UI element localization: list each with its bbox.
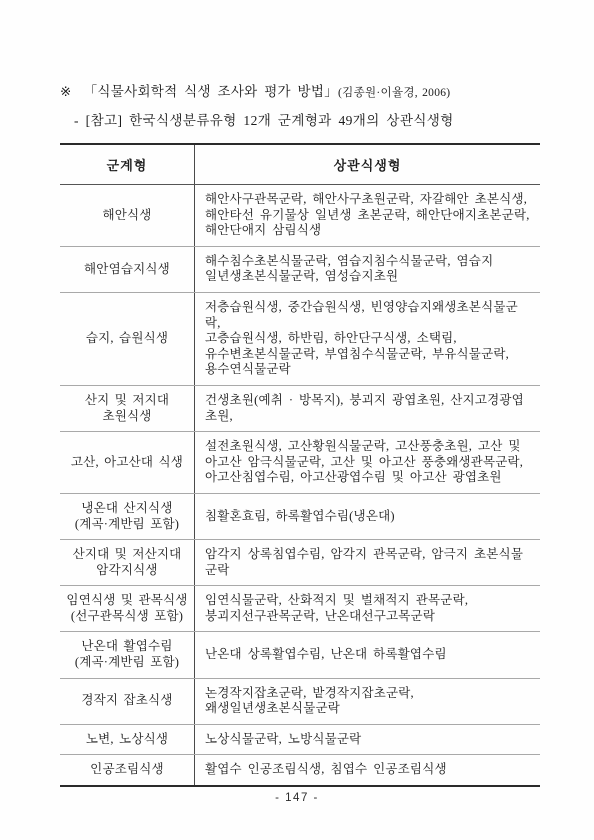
table-row: 노변, 노상식생 노상식물군락, 노방식물군락 xyxy=(60,724,540,755)
table-caption: - [참고] 한국식생분류유형 12개 군계형과 49개의 상관식생형 xyxy=(74,109,540,129)
table-row: 산지대 및 저산지대 암각지식생 암각지 상록침엽수림, 암각지 관목군락, 암… xyxy=(60,540,540,586)
formation-type-cell: 임연식생 및 관목식생 (선구관목식생 포함) xyxy=(60,586,195,632)
table-body: 해안식생 해안사구관목군락, 해안사구초원군락, 자갈해안 초본식생, 해안타선… xyxy=(60,185,540,787)
table-row: 산지 및 저지대 초원식생 건생초원(예취 · 방목지), 붕괴지 광엽초원, … xyxy=(60,385,540,431)
physiognomic-types-cell: 논경작지잡초군락, 밭경작지잡초군락, 왜생일년생초본식물군락 xyxy=(195,678,541,724)
column-header-physiognomic-type: 상관식생형 xyxy=(195,144,541,185)
formation-type-cell: 난온대 활엽수림 (계곡·계반림 포함) xyxy=(60,632,195,678)
physiognomic-types-cell: 설전초원식생, 고산황원식물군락, 고산풍충초원, 고산 및 아고산 암극식물군… xyxy=(195,432,541,494)
reference-marker: ※ xyxy=(60,84,72,100)
table-row: 고산, 아고산대 식생 설전초원식생, 고산황원식물군락, 고산풍충초원, 고산… xyxy=(60,432,540,494)
physiognomic-types-cell: 침활혼효림, 하록활엽수림(냉온대) xyxy=(195,493,541,539)
table-row: 임연식생 및 관목식생 (선구관목식생 포함) 임연식물군락, 산화적지 및 벌… xyxy=(60,586,540,632)
page-content: ※「식물사회학적 식생 조사와 평가 방법」(김종원·이율경, 2006) - … xyxy=(0,0,594,787)
formation-type-cell: 경작지 잡초식생 xyxy=(60,678,195,724)
physiognomic-types-cell: 해안사구관목군락, 해안사구초원군락, 자갈해안 초본식생, 해안타선 유기물상… xyxy=(195,185,541,247)
reference-citation: (김종원·이율경, 2006) xyxy=(338,87,450,99)
reference-note: ※「식물사회학적 식생 조사와 평가 방법」(김종원·이율경, 2006) xyxy=(60,80,540,100)
column-header-formation-type: 군계형 xyxy=(60,144,195,185)
table-row: 해안염습지식생 해수침수초본식물군락, 염습지침수식물군락, 염습지 일년생초본… xyxy=(60,246,540,292)
physiognomic-types-cell: 저층습원식생, 중간습원식생, 빈영양습지왜생초본식물군락, 고층습원식생, 하… xyxy=(195,292,541,385)
document-page: ※「식물사회학적 식생 조사와 평가 방법」(김종원·이율경, 2006) - … xyxy=(0,0,594,840)
formation-type-cell: 인공조림식생 xyxy=(60,755,195,786)
physiognomic-types-cell: 활엽수 인공조림식생, 침엽수 인공조림식생 xyxy=(195,755,541,786)
physiognomic-types-cell: 난온대 상록활엽수림, 난온대 하록활엽수림 xyxy=(195,632,541,678)
physiognomic-types-cell: 암각지 상록침엽수림, 암각지 관목군락, 암극지 초본식물군락 xyxy=(195,540,541,586)
table-row: 인공조림식생 활엽수 인공조림식생, 침엽수 인공조림식생 xyxy=(60,755,540,786)
table-row: 해안식생 해안사구관목군락, 해안사구초원군락, 자갈해안 초본식생, 해안타선… xyxy=(60,185,540,247)
reference-title: 「식물사회학적 식생 조사와 평가 방법」 xyxy=(84,84,338,99)
physiognomic-types-cell: 임연식물군락, 산화적지 및 벌채적지 관목군락, 붕괴지선구관목군락, 난온대… xyxy=(195,586,541,632)
table-header: 군계형 상관식생형 xyxy=(60,144,540,185)
formation-type-cell: 해안염습지식생 xyxy=(60,246,195,292)
physiognomic-types-cell: 해수침수초본식물군락, 염습지침수식물군락, 염습지 일년생초본식물군락, 염성… xyxy=(195,246,541,292)
page-number: - 147 - xyxy=(0,792,594,804)
formation-type-cell: 산지대 및 저산지대 암각지식생 xyxy=(60,540,195,586)
table-row: 경작지 잡초식생 논경작지잡초군락, 밭경작지잡초군락, 왜생일년생초본식물군락 xyxy=(60,678,540,724)
formation-type-cell: 냉온대 산지식생 (계곡·계반림 포함) xyxy=(60,493,195,539)
physiognomic-types-cell: 건생초원(예취 · 방목지), 붕괴지 광엽초원, 산지고경광엽초원, xyxy=(195,385,541,431)
formation-type-cell: 노변, 노상식생 xyxy=(60,724,195,755)
formation-type-cell: 고산, 아고산대 식생 xyxy=(60,432,195,494)
formation-type-cell: 해안식생 xyxy=(60,185,195,247)
vegetation-classification-table: 군계형 상관식생형 해안식생 해안사구관목군락, 해안사구초원군락, 자갈해안 … xyxy=(60,143,540,787)
physiognomic-types-cell: 노상식물군락, 노방식물군락 xyxy=(195,724,541,755)
table-row: 냉온대 산지식생 (계곡·계반림 포함) 침활혼효림, 하록활엽수림(냉온대) xyxy=(60,493,540,539)
table-row: 습지, 습원식생 저층습원식생, 중간습원식생, 빈영양습지왜생초본식물군락, … xyxy=(60,292,540,385)
table-header-row: 군계형 상관식생형 xyxy=(60,144,540,185)
formation-type-cell: 습지, 습원식생 xyxy=(60,292,195,385)
formation-type-cell: 산지 및 저지대 초원식생 xyxy=(60,385,195,431)
table-row: 난온대 활엽수림 (계곡·계반림 포함) 난온대 상록활엽수림, 난온대 하록활… xyxy=(60,632,540,678)
